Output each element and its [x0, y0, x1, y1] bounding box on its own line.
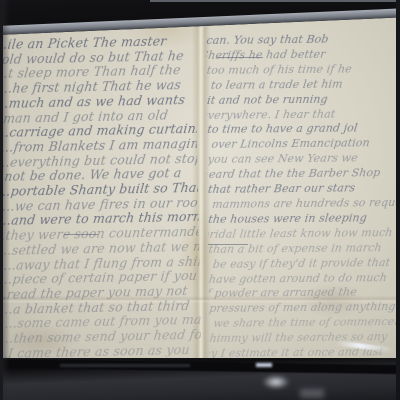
letter-page-right: can. You say that Bob Sheriffs he had be…: [206, 32, 400, 360]
letter-paper: …ile an Picket The master …old would do …: [2, 0, 396, 362]
handwriting-line: the houses were in sleeping: [207, 211, 400, 228]
handwriting-line: bridal little least know how much: [206, 226, 400, 243]
photo-of-letter: …ile an Picket The master …old would do …: [0, 0, 400, 400]
photo-left-edge-shadow: [0, 0, 3, 400]
ink-underline: [208, 244, 248, 245]
letter-page-left: …ile an Picket The master …old would do …: [0, 34, 201, 360]
frame-top-edge-highlight: [150, 0, 400, 2]
reflection-highlight: [300, 389, 324, 398]
ink-underline: [217, 57, 263, 58]
handwriting-line: it and not be running: [206, 92, 400, 109]
handwriting-line: to learn a trade let him: [210, 77, 400, 94]
reflection-highlight: [60, 364, 190, 367]
reflection-highlight: [262, 375, 290, 389]
handwriting-line: be easy if they'd it provide that: [212, 256, 400, 273]
photo-right-edge-shadow: [396, 0, 400, 400]
ink-underline: [64, 234, 98, 235]
reflection-highlight: [256, 363, 272, 367]
handwriting-line: too much of his time if he: [206, 62, 400, 79]
